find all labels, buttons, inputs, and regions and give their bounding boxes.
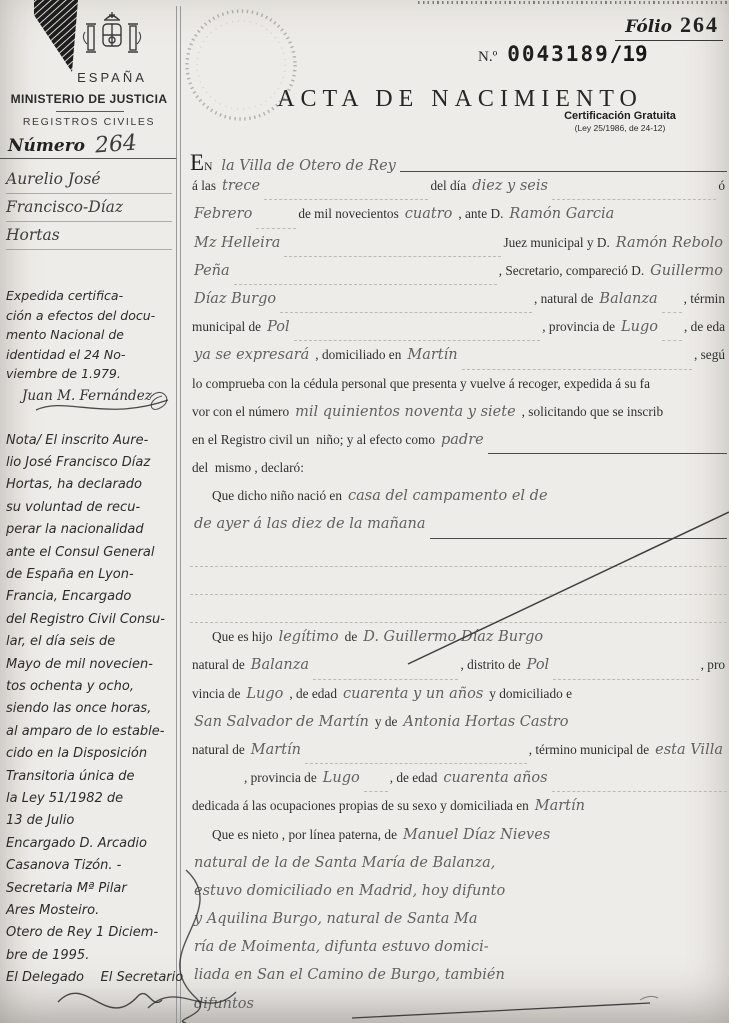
printed-text: , de edad — [289, 686, 337, 702]
margin-note-line: del Registro Civil Consu- — [6, 609, 172, 631]
handwritten-text: Lugo — [244, 686, 285, 702]
margin-note-line: Secretaria Mª Pilar — [6, 878, 172, 900]
margin-note-line: identidad el 24 No- — [6, 345, 172, 365]
handwritten-text: cuarenta y un años — [341, 686, 485, 702]
handwritten-text: mil quinientos noventa y siete — [293, 404, 518, 420]
margin-note-1979: Expedida certifica-ción a efectos del do… — [6, 286, 172, 384]
fill-line — [400, 171, 727, 172]
certification-title: Certificación Gratuita — [549, 110, 691, 122]
ruled-line — [313, 679, 458, 680]
body-line: liada en San el Camino de Burgo, también — [190, 967, 729, 995]
body-line: lo comprueba con la cédula personal que … — [190, 376, 729, 404]
coat-of-arms-icon — [80, 10, 144, 70]
ruled-line — [305, 763, 527, 764]
ministry-label: MINISTERIO DE JUSTICIA — [0, 92, 178, 106]
handwritten-text: Febrero — [192, 206, 254, 222]
body-lines: ENla Villa de Otero de Reyá lastrecedel … — [190, 150, 729, 1023]
printed-text: , de edad — [390, 770, 438, 786]
ruled-line — [280, 312, 532, 313]
handwritten-text: Manuel Díaz Nieves — [401, 827, 552, 843]
body-line: natural deMartín, término municipal dees… — [190, 742, 729, 770]
printed-text: , ante D. — [458, 206, 503, 222]
body-line: Peña, Secretario, compareció D.Guillermo — [190, 263, 729, 291]
margin-note-line: bre de 1995. — [6, 945, 172, 967]
handwritten-text: Mz Helleira — [192, 235, 282, 251]
handwritten-text: liada en San el Camino de Burgo, también — [192, 967, 507, 983]
body-line: vor con el númeromil quinientos noventa … — [190, 404, 729, 432]
printed-text: del día — [430, 178, 466, 194]
margin-note-line: Transitoria única de — [6, 766, 172, 788]
ruled-line — [552, 791, 727, 792]
column-divider — [176, 6, 181, 1023]
fill-line — [430, 538, 728, 539]
certification-block: Certificación Gratuita (Ley 25/1986, de … — [549, 110, 691, 133]
body-line: ya se expresará, domiciliado enMartín, s… — [190, 347, 729, 375]
printed-text: , pro — [701, 657, 725, 673]
handwritten-text: Ramón Rebolo — [614, 235, 725, 251]
printed-text: del mismo , declaró: — [192, 460, 304, 476]
country-label: ESPAÑA — [56, 70, 168, 85]
printed-text: vincia de — [192, 686, 240, 702]
printed-text: vor con el número — [192, 404, 289, 420]
body-line: de ayer á las diez de la mañana — [190, 516, 729, 544]
printed-text: de mil novecientos — [298, 206, 398, 222]
dropcap-letter: E — [190, 150, 204, 175]
spacer — [258, 1007, 318, 1008]
handwritten-text: legítimo — [277, 629, 341, 645]
handwritten-text: Díaz Burgo — [192, 291, 278, 307]
ruled-line — [552, 199, 716, 200]
folio-value: 264 — [680, 12, 719, 37]
ruled-line — [190, 566, 727, 567]
handwritten-text: D. Guillermo Díaz Burgo — [361, 629, 545, 645]
ruled-line — [462, 369, 692, 370]
body-line: á lastrecedel díadiez y seisó — [190, 178, 729, 206]
margin-note-line: ción a efectos del docu- — [6, 306, 172, 326]
certificate-number-value: 0043189 — [507, 42, 610, 66]
document-page: ESPAÑA MINISTERIO DE JUSTICIA REGISTROS … — [0, 0, 729, 1023]
margin-note-line: 13 de Julio — [6, 810, 172, 832]
margin-note-1995: Nota/ El inscrito Aure-lio José Francisc… — [6, 430, 172, 990]
margin-note-line: mento Nacional de — [6, 325, 172, 345]
printed-text: , Secretario, compareció D. — [499, 263, 644, 279]
body-line: ENla Villa de Otero de Rey — [190, 150, 729, 178]
margin-note-line: perar la nacionalidad — [6, 519, 172, 541]
handwritten-text: Guillermo — [648, 263, 725, 279]
body-line: del mismo , declaró: — [190, 460, 729, 488]
corner-hatch-mark-icon — [28, 0, 84, 76]
margin-signature-1979: Juan M. Fernández — [6, 388, 172, 404]
printed-text: , términ — [684, 291, 725, 307]
ruled-line — [662, 312, 682, 313]
ruled-line — [294, 340, 541, 341]
printed-text: , provincia de — [542, 319, 615, 335]
fill-line — [488, 453, 727, 454]
printed-text: , segú — [694, 347, 725, 363]
body-line: Que es nieto , por línea paterna, deManu… — [190, 827, 729, 855]
ruled-line — [662, 340, 682, 341]
dropcap: EN — [190, 150, 213, 176]
handwritten-text: Pol — [265, 319, 292, 335]
handwritten-text: Martín — [533, 798, 587, 814]
registered-name-line: Hortas — [6, 222, 172, 250]
handwritten-text: Martín — [405, 347, 459, 363]
printed-text: , domiciliado en — [315, 347, 401, 363]
ruled-line — [234, 284, 497, 285]
handwritten-text: casa del campamento el de — [346, 488, 550, 504]
printed-text: Juez municipal y D. — [503, 235, 609, 251]
body-line: , provincia deLugo, de edadcuarenta años — [190, 770, 729, 798]
handwritten-text: natural de la de Santa María de Balanza, — [192, 855, 497, 871]
margin-note-line: Nota/ El inscrito Aure- — [6, 430, 172, 452]
perforation-dots — [418, 1, 729, 4]
body-line: Mz HelleiraJuez municipal y D.Ramón Rebo… — [190, 235, 729, 263]
body-line: municipal dePol, provincia deLugo, de ed… — [190, 319, 729, 347]
record-number-row: Número264 — [8, 132, 137, 157]
margin-note-line: al amparo de lo estable- — [6, 721, 172, 743]
folio-label: Fólio — [625, 17, 672, 37]
handwritten-text: Balanza — [597, 291, 659, 307]
handwritten-text: Pol — [525, 657, 552, 673]
handwritten-text: y Aquilina Burgo, natural de Santa Ma — [192, 911, 480, 927]
margin-note-line: Casanova Tizón. - — [6, 855, 172, 877]
printed-text: municipal de — [192, 319, 261, 335]
margin-note-line: cido en la Disposición — [6, 743, 172, 765]
body-line: Díaz Burgo, natural deBalanza, términ — [190, 291, 729, 319]
record-number-label: Número — [8, 136, 85, 156]
printed-text: y de — [375, 714, 398, 730]
margin-note-line: Hortas, ha declarado — [6, 474, 172, 496]
margin-note-line: viembre de 1.979. — [6, 364, 172, 384]
body-line: San Salvador de Martíny deAntonia Hortas… — [190, 714, 729, 742]
body-line: natural de la de Santa María de Balanza, — [190, 855, 729, 883]
body-line: natural deBalanza, distrito dePol, pro — [190, 657, 729, 685]
signature-scribble — [58, 993, 162, 1008]
handwritten-text: padre — [439, 432, 486, 448]
printed-text: dedicada á las ocupaciones propias de su… — [192, 798, 529, 814]
handwritten-text: ría de Moimenta, difunta estuvo domici- — [192, 939, 491, 955]
handwritten-text: difuntos — [192, 996, 256, 1012]
handwritten-text: trece — [220, 178, 262, 194]
printed-text: y domiciliado e — [489, 686, 572, 702]
page-title: ACTA DE NACIMIENTO — [208, 86, 712, 113]
ruled-line — [256, 228, 296, 229]
margin-note-line: Ares Mosteiro. — [6, 900, 172, 922]
ruled-line — [284, 256, 501, 257]
handwritten-text: cuarenta años — [441, 770, 549, 786]
ruled-line — [190, 594, 727, 595]
folio-row: Fólio264 — [615, 12, 723, 41]
department-label: REGISTROS CIVILES — [0, 116, 178, 128]
record-number-value: 264 — [94, 131, 138, 159]
printed-text: natural de — [192, 657, 245, 673]
margin-note-line: siendo las once horas, — [6, 698, 172, 720]
certificate-number-label: N.º — [478, 49, 497, 65]
ministry-rule — [56, 111, 124, 112]
body-line — [190, 601, 729, 629]
margin-note-line: Otero de Rey 1 Diciem- — [6, 922, 172, 944]
margin-header-rule — [0, 158, 177, 159]
handwritten-text: estuvo domiciliado en Madrid, hoy difunt… — [192, 883, 507, 899]
margin-column: Aurelio JoséFrancisco-DíazHortas Expedid… — [6, 166, 172, 990]
dropcap-rest: N — [204, 161, 213, 173]
ruled-line — [190, 622, 727, 623]
printed-text: Que dicho niño nació en — [212, 488, 342, 504]
body-line: vincia deLugo, de edadcuarenta y un años… — [190, 686, 729, 714]
body-line — [190, 545, 729, 573]
printed-text: , distrito de — [460, 657, 520, 673]
handwritten-text: Antonia Hortas Castro — [401, 714, 570, 730]
margin-note-line: Expedida certifica- — [6, 286, 172, 306]
certificate-number-suffix: /19 — [610, 42, 648, 66]
body-line: Que dicho niño nació encasa del campamen… — [190, 488, 729, 516]
printed-text: natural de — [192, 742, 245, 758]
printed-text: ó — [718, 178, 725, 194]
spacer — [190, 781, 242, 782]
body-line: en el Registro civil un niño; y al efect… — [190, 432, 729, 460]
handwritten-text: Lugo — [321, 770, 362, 786]
certificate-number-row: N.º0043189/19 — [478, 42, 648, 66]
handwritten-text: Lugo — [619, 319, 660, 335]
margin-note-line: lar, el día seis de — [6, 631, 172, 653]
margin-note-line: tos ochenta y ocho, — [6, 676, 172, 698]
certification-law: (Ley 25/1986, de 24-12) — [549, 123, 691, 133]
margin-note-line: lio José Francisco Díaz — [6, 452, 172, 474]
body-line: ría de Moimenta, difunta estuvo domici- — [190, 939, 729, 967]
printed-text: Que es nieto , por línea paterna, de — [212, 827, 397, 843]
handwritten-text: Martín — [249, 742, 303, 758]
body-line: estuvo domiciliado en Madrid, hoy difunt… — [190, 883, 729, 911]
ruled-line — [364, 791, 388, 792]
printed-text: , de eda — [684, 319, 725, 335]
handwritten-text: cuatro — [403, 206, 455, 222]
margin-note-line: ante el Consul General — [6, 542, 172, 564]
handwritten-text: ya se expresará — [192, 347, 311, 363]
handwritten-text: Peña — [192, 263, 232, 279]
handwritten-text: esta Villa — [653, 742, 725, 758]
printed-text: en el Registro civil un niño; y al efect… — [192, 432, 435, 448]
handwritten-text: la Villa de Otero de Rey — [219, 158, 397, 174]
margin-note-line: El Delegado El Secretario — [6, 967, 172, 989]
body-line: Que es hijolegítimodeD. Guillermo Díaz B… — [190, 629, 729, 657]
margin-note-line: la Ley 51/1982 de — [6, 788, 172, 810]
handwritten-text: Ramón Garcia — [507, 206, 616, 222]
handwritten-text: Balanza — [249, 657, 311, 673]
handwritten-text: de ayer á las diez de la mañana — [192, 516, 428, 532]
registered-name-line: Aurelio José — [6, 166, 172, 194]
handwritten-text: diez y seis — [470, 178, 550, 194]
printed-text: , término municipal de — [529, 742, 649, 758]
registered-name-line: Francisco-Díaz — [6, 194, 172, 222]
body-line: dedicada á las ocupaciones propias de su… — [190, 798, 729, 826]
margin-note-line: Encargado D. Arcadio — [6, 833, 172, 855]
margin-note-line: Francia, Encargado — [6, 586, 172, 608]
printed-text: Que es hijo — [212, 629, 273, 645]
margin-note-line: de España en Lyon- — [6, 564, 172, 586]
printed-text: , provincia de — [244, 770, 317, 786]
printed-text: lo comprueba con la cédula personal que … — [192, 376, 650, 392]
body-line — [190, 573, 729, 601]
registered-name-block: Aurelio JoséFrancisco-DíazHortas — [6, 166, 172, 250]
body-line: difuntos — [190, 996, 729, 1023]
ruled-line — [553, 679, 698, 680]
margin-note-line: su voluntad de recu- — [6, 497, 172, 519]
body-line: y Aquilina Burgo, natural de Santa Ma — [190, 911, 729, 939]
margin-note-line: Mayo de mil novecien- — [6, 654, 172, 676]
printed-text: , solicitando que se inscrib — [522, 404, 663, 420]
handwritten-text: San Salvador de Martín — [192, 714, 371, 730]
printed-text: de — [345, 629, 358, 645]
body-line: Febrerode mil novecientoscuatro, ante D.… — [190, 206, 729, 234]
printed-text: á las — [192, 178, 216, 194]
ruled-line — [264, 199, 428, 200]
printed-text: , natural de — [534, 291, 593, 307]
